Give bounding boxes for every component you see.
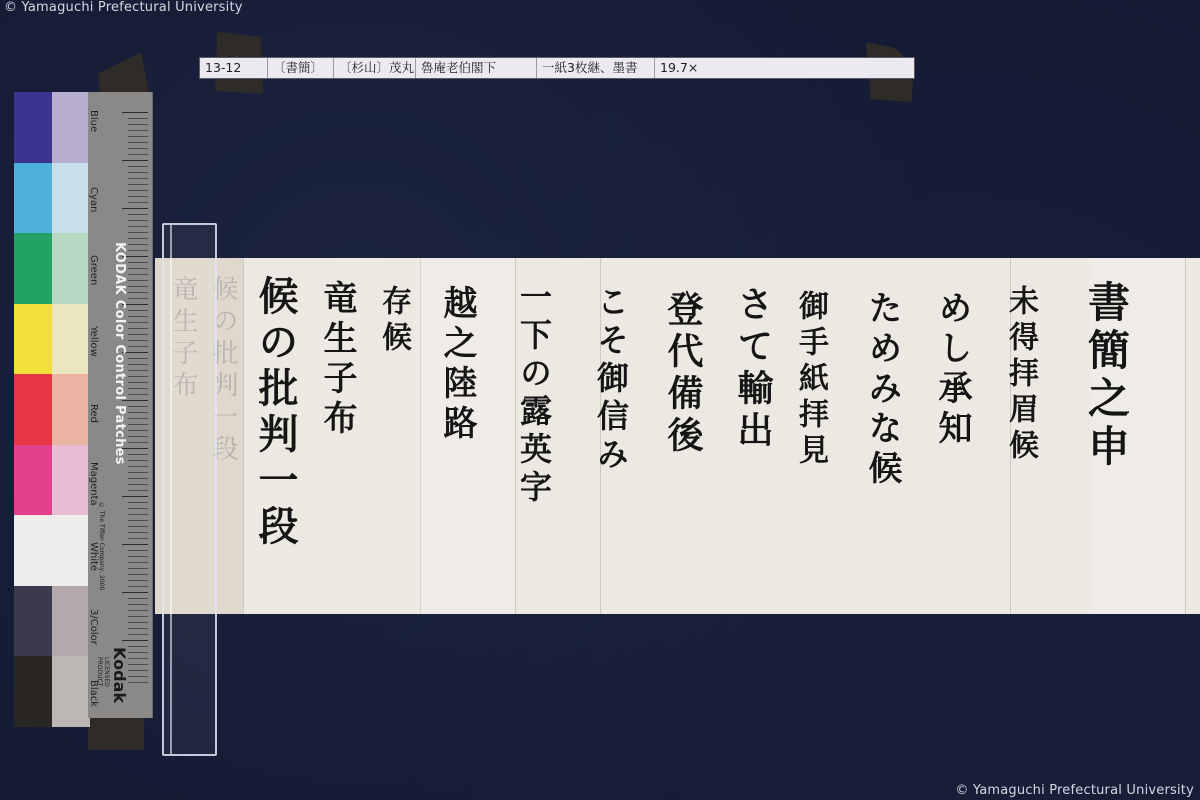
patch-label-cyan: Cyan: [88, 187, 99, 212]
patch-swatch: [14, 92, 52, 163]
patch-3color: [14, 586, 90, 657]
calligraphy-column: 御手紙拝見: [795, 290, 825, 470]
patch-label-magenta: Magenta: [88, 462, 99, 506]
recipient: 魯庵老伯閣下: [416, 58, 537, 78]
glass-paperweight-bar: [162, 223, 217, 756]
calligraphy-column: 候の批判一段: [255, 275, 295, 551]
patch-swatch: [14, 586, 52, 657]
patch-label-yellow: Yellow: [88, 326, 99, 357]
patch-white: [14, 515, 90, 586]
patch-swatch: [14, 445, 52, 516]
patch-label-blue: Blue: [88, 110, 99, 132]
dimensions: 19.7×: [655, 58, 914, 78]
kodak-ruler: Blue Cyan Green Yellow Red Magenta White…: [88, 92, 153, 718]
paper-fold-line: [1185, 258, 1186, 614]
patch-swatch: [52, 586, 90, 657]
calligraphy-column: 一下の露英字: [518, 280, 550, 508]
patch-swatch: [52, 445, 90, 516]
patch-label-3color: 3/Color: [88, 609, 99, 645]
tape-piece: [88, 718, 144, 750]
patch-swatch: [52, 163, 90, 234]
patch-swatch: [14, 163, 52, 234]
calligraphy-column: ためみな候: [865, 290, 899, 490]
patch-blue: [14, 92, 90, 163]
patch-swatch: [52, 233, 90, 304]
patch-swatch: [14, 374, 52, 445]
patch-red: [14, 374, 90, 445]
patch-label-red: Red: [88, 404, 99, 423]
patch-label-green: Green: [88, 255, 99, 285]
color-control-patches: [14, 92, 90, 724]
patch-swatch: [14, 515, 90, 586]
format-description: 一紙3枚継、墨書: [537, 58, 655, 78]
copyright-watermark-bottom: © Yamaguchi Prefectural University: [955, 783, 1194, 798]
patch-swatch: [14, 233, 52, 304]
sender: 〔杉山〕茂丸: [334, 58, 416, 78]
patch-green: [14, 233, 90, 304]
calligraphy-column: 存候: [378, 285, 408, 357]
item-type: 〔書簡〕: [268, 58, 334, 78]
calligraphy-column: 竜生子布: [320, 280, 354, 440]
patch-cyan: [14, 163, 90, 234]
calligraphy-column: 越之陸路: [440, 285, 474, 445]
kodak-logo: Kodak: [110, 647, 129, 703]
calligraphy-column: こそ御信み: [595, 285, 627, 475]
paper-fold-line: [243, 258, 244, 614]
catalog-label-strip: 13-12 〔書簡〕 〔杉山〕茂丸 魯庵老伯閣下 一紙3枚継、墨書 19.7×: [199, 57, 915, 79]
calligraphy-column: 登代備後: [665, 290, 701, 458]
kodak-copyright: © The Tiffen Company, 2000: [98, 502, 105, 590]
kodak-licensed-text: LICENSED PRODUCT: [96, 657, 110, 718]
patch-swatch: [52, 656, 90, 727]
calligraphy-column: さて輸出: [735, 285, 771, 453]
patch-swatch: [52, 304, 90, 375]
patch-swatch: [14, 304, 52, 375]
catalog-number: 13-12: [200, 58, 268, 78]
patch-swatch: [52, 374, 90, 445]
kodak-chart-title: KODAK Color Control Patches: [112, 242, 127, 465]
calligraphy-column: 書簡之申: [1085, 280, 1127, 472]
copyright-watermark-top: © Yamaguchi Prefectural University: [4, 0, 243, 15]
calligraphy-column: めし承知: [935, 290, 969, 450]
patch-black: [14, 656, 90, 727]
patch-magenta: [14, 445, 90, 516]
patch-swatch: [14, 656, 52, 727]
patch-yellow: [14, 304, 90, 375]
patch-swatch: [52, 92, 90, 163]
calligraphy-column: 未得拝眉候: [1005, 285, 1035, 465]
